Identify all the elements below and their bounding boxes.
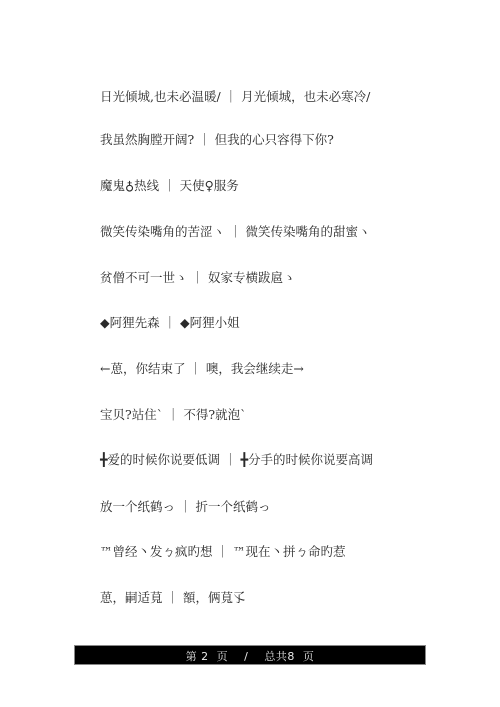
text-line: ™曾经丶发ㄅ疯旳想 ｜ ™现在丶拼ㄅ命旳惹 — [100, 544, 345, 560]
text-line: ◆阿狸先森 ｜ ◆阿狸小姐 — [100, 315, 240, 331]
text-line: 微笑传染嘴角的苦涩ヽ ｜ 微笑传染嘴角的甜蜜ヽ — [100, 224, 370, 240]
text-line: 贫僧不可一世ゝ ｜ 奴家专横跋扈ゝ — [100, 270, 295, 286]
text-line: 放一个纸鹤っ ｜ 折一个纸鹤っ — [100, 499, 270, 515]
text-line: ╋爱的时候你说要低调 ｜ ╋分手的时候你说要高调 — [100, 452, 373, 468]
text-line: 魔鬼♁热线 ｜ 天使♀服务 — [100, 178, 239, 194]
page-footer-bar: 第 2 页 / 总共8 页 — [74, 645, 426, 665]
text-line: 我虽然胸膛开阔? ｜ 但我的心只容得下你? — [100, 132, 334, 148]
page-number: 第 2 页 / 总共8 页 — [75, 648, 425, 664]
text-line: 葸，嗣适萈 ｜ 額，俩萈孓 — [100, 590, 245, 606]
text-line: ←葸，你结束了 ｜ 噢，我会继续走→ — [100, 361, 304, 377]
text-line: 宝贝?站住ˋ ｜ 不得?就泡ˋ — [100, 407, 246, 423]
text-line: 日光倾城,也未必温暖/ ｜ 月光倾城，也未必寒冷/ — [100, 89, 370, 105]
